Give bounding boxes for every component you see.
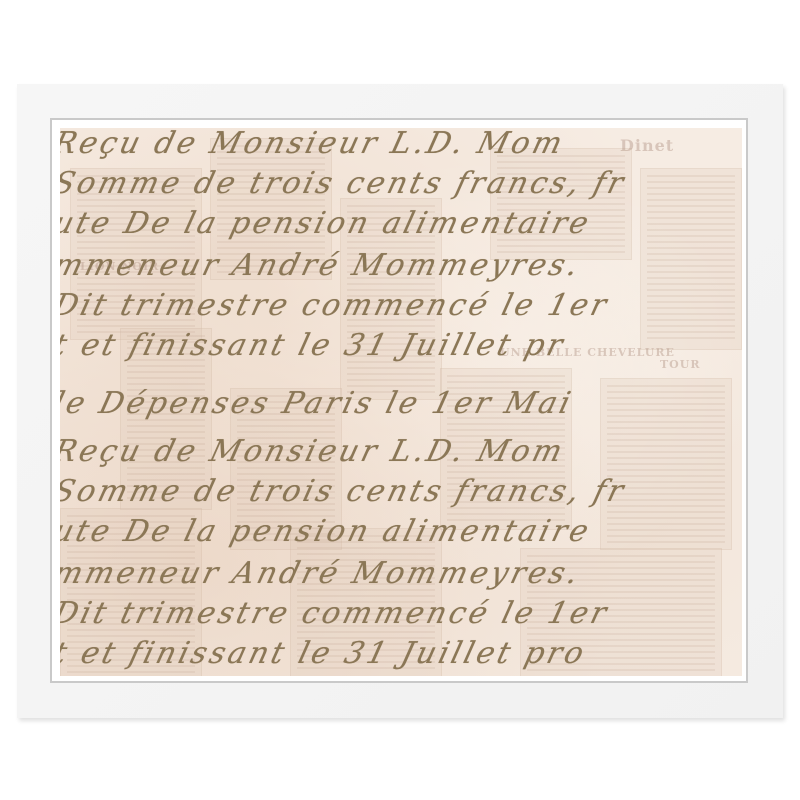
newspaper-headline: Dinet — [620, 136, 674, 155]
handwriting-line: ute De la pension alimentaire — [60, 514, 595, 549]
handwriting-line: ute De la pension alimentaire — [60, 206, 595, 241]
handwriting-line: Reçu de Monsieur L.D. Mom — [60, 128, 569, 161]
newspaper-clipping — [640, 168, 742, 350]
handwriting-line: mmeneur André Mommeyres. — [60, 248, 585, 283]
handwriting-line: mmeneur André Mommeyres. — [60, 556, 585, 591]
handwriting-line: t et finissant le 31 Juillet pro — [60, 636, 590, 671]
handwriting-line: le Dépenses Paris le 1er Mai — [60, 386, 577, 421]
handwriting-line: Somme de trois cents francs, fr — [60, 166, 630, 201]
handwriting-line: Reçu de Monsieur L.D. Mom — [60, 434, 569, 469]
artwork-print: LION NOIR UNE BELLE CHEVELURE Dinet TOUR… — [60, 128, 742, 676]
handwriting-line: Dit trimestre commencé le 1er — [60, 596, 613, 631]
newspaper-clipping — [490, 148, 632, 260]
newspaper-clipping — [600, 378, 732, 550]
handwriting-line: t et finissant le 31 Juillet pr — [60, 328, 569, 363]
handwriting-line: Dit trimestre commencé le 1er — [60, 288, 613, 323]
newspaper-headline: TOUR — [660, 358, 701, 371]
handwriting-line: Somme de trois cents francs, fr — [60, 474, 630, 509]
